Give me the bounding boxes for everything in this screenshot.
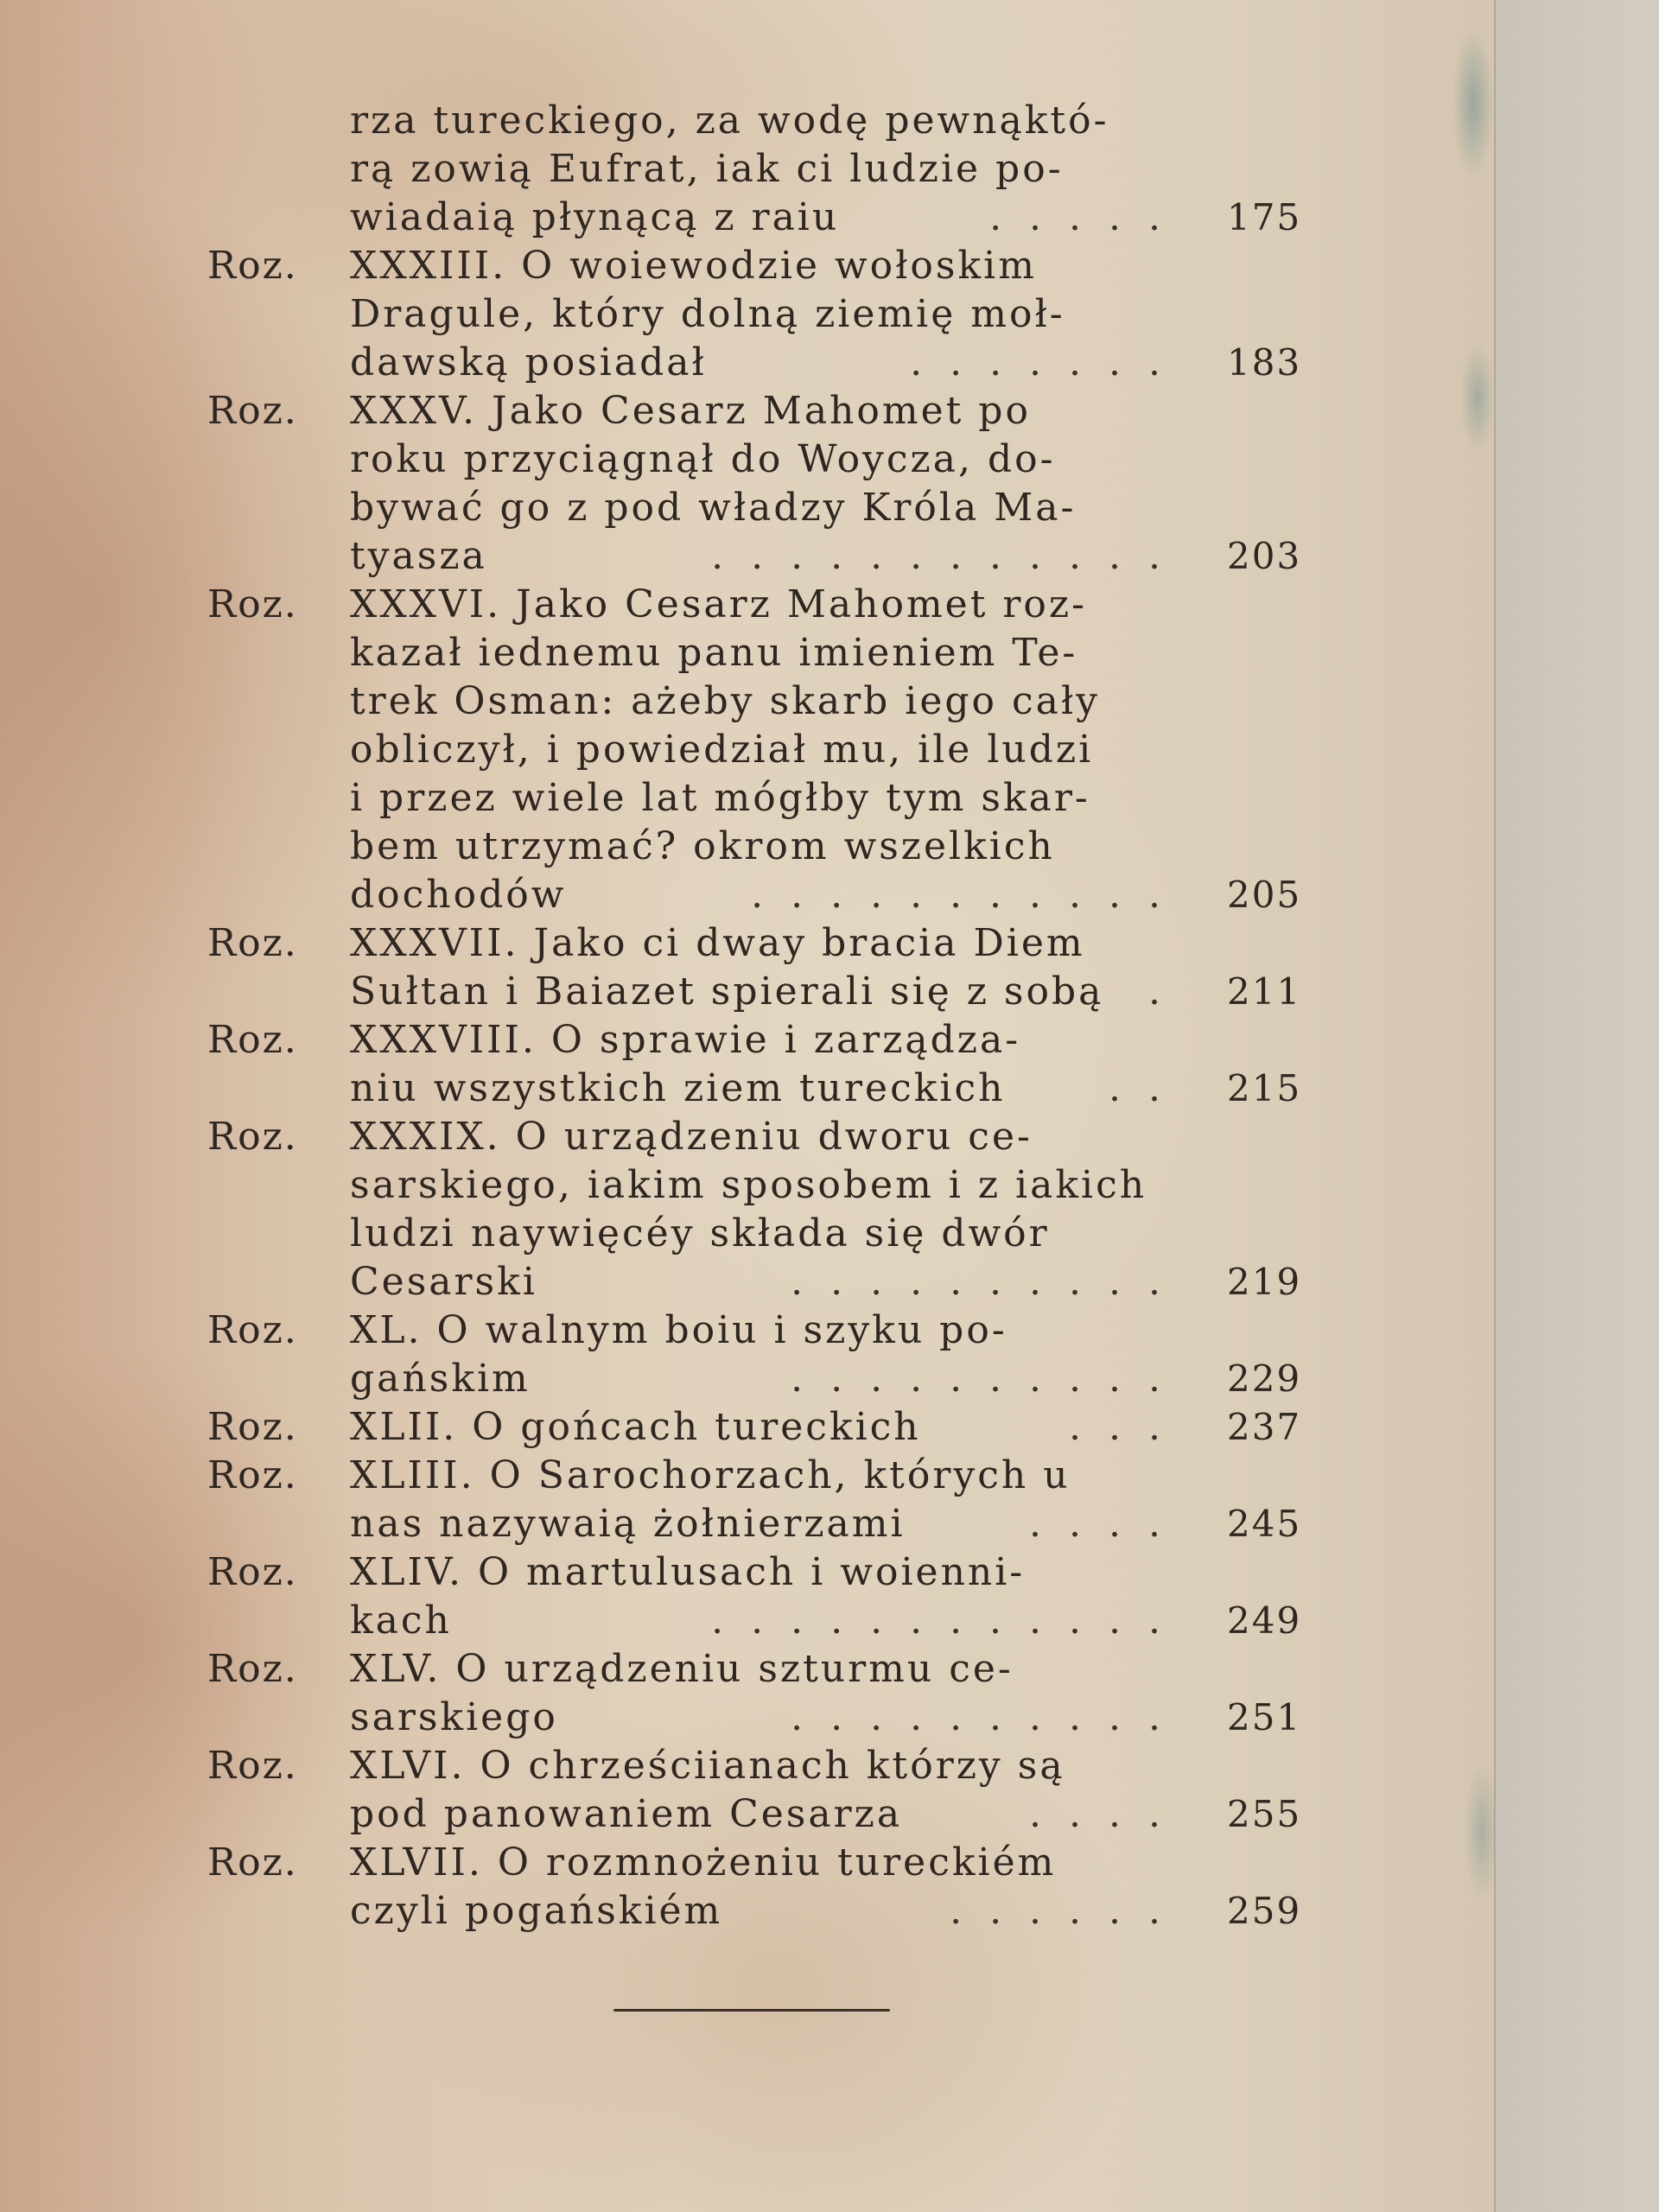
chapter-numeral: XXXVI. [350, 582, 516, 626]
chapter-title-text: O walnym boiu i szyku po- [437, 1308, 1007, 1352]
chapter-numeral: XLIV. [350, 1550, 478, 1594]
table-of-contents: rza tureckiego, za wodę pewnąktó-rą zowi… [173, 97, 1331, 1935]
chapter-title-text: i przez wiele lat mógłby tym skar- [350, 776, 1090, 820]
chapter-title-text: Jako Cesarz Mahomet roz- [516, 582, 1087, 626]
toc-entry-continuation: obliczył, i powiedział mu, ile ludzi [173, 726, 1331, 774]
toc-entry: Roz.XXXIII. O woiewodzie wołoskim [173, 242, 1331, 290]
toc-entry-continuation: i przez wiele lat mógłby tym skar- [173, 774, 1331, 823]
toc-entry: Roz.XXXVIII. O sprawie i zarządza- [173, 1016, 1331, 1065]
chapter-title-text: trek Osman: ażeby skarb iego cały [350, 679, 1100, 723]
chapter-label: Roz. [207, 1548, 350, 1597]
chapter-label: Roz. [207, 1839, 350, 1887]
page-number: 205 [1227, 871, 1301, 919]
toc-entry-continuation: dochodów...........205 [173, 871, 1331, 919]
chapter-title-text: obliczył, i powiedział mu, ile ludzi [350, 728, 1093, 772]
dot-leader: .... [1029, 1500, 1188, 1548]
end-rule [613, 2009, 890, 2012]
toc-entry-continuation: Cesarski..........219 [173, 1258, 1331, 1306]
chapter-label: Roz. [207, 919, 350, 968]
dot-leader: ...... [950, 1887, 1188, 1935]
chapter-title-text: Jako Cesarz Mahomet po [492, 389, 1031, 433]
toc-entry: rza tureckiego, za wodę pewnąktó- [173, 97, 1331, 145]
book-page: rza tureckiego, za wodę pewnąktó-rą zowi… [0, 0, 1495, 2212]
page-number: 245 [1227, 1500, 1301, 1548]
toc-entry-continuation: rą zowią Eufrat, iak ci ludzie po- [173, 145, 1331, 194]
page-number: 203 [1227, 532, 1301, 581]
dot-leader: . [1148, 968, 1188, 1016]
chapter-title-text: O urządzeniu dworu ce- [516, 1115, 1033, 1159]
chapter-title-text: czyli pogańskiém [350, 1889, 722, 1933]
chapter-title-text: Dragule, który dolną ziemię moł- [350, 292, 1065, 336]
chapter-title-text: kach [350, 1599, 452, 1643]
chapter-title-text: gańskim [350, 1357, 531, 1401]
toc-entry-continuation: kazał iednemu panu imieniem Te- [173, 629, 1331, 677]
toc-entry: Roz.XLIV. O martulusach i woiennі- [173, 1548, 1331, 1597]
chapter-title-text: niu wszystkich ziem tureckich [350, 1066, 1005, 1110]
chapter-title-text: O chrześciianach którzy są [480, 1744, 1065, 1788]
chapter-title-text: kazał iednemu panu imieniem Te- [350, 631, 1077, 675]
page-number: 211 [1227, 968, 1301, 1016]
chapter-title-text: bem utrzymać? okrom wszelkich [350, 824, 1055, 868]
toc-entry-continuation: sarskiego..........251 [173, 1694, 1331, 1742]
dot-leader: .......... [791, 1694, 1188, 1742]
chapter-numeral: XXXV. [350, 389, 492, 433]
chapter-label: Roz. [207, 1306, 350, 1355]
chapter-label: Roz. [207, 387, 350, 435]
dot-leader: ... [1069, 1403, 1188, 1452]
dot-leader: ....... [910, 339, 1188, 387]
toc-entry: Roz.XLIII. O Sarochorzach, których u [173, 1452, 1331, 1500]
chapter-numeral: XXXVII. [350, 921, 533, 965]
chapter-label: Roz. [207, 1452, 350, 1500]
chapter-label: Roz. [207, 1016, 350, 1065]
chapter-numeral: XLVII. [350, 1840, 498, 1885]
chapter-title-text: O martulusach i woiennі- [478, 1550, 1025, 1594]
page-number: 183 [1227, 339, 1301, 387]
toc-entry-continuation: trek Osman: ażeby skarb iego cały [173, 677, 1331, 726]
chapter-title-text: rą zowią Eufrat, iak ci ludzie po- [350, 147, 1064, 191]
page-number: 249 [1227, 1597, 1301, 1645]
page-number: 215 [1227, 1065, 1301, 1113]
page-number: 259 [1227, 1887, 1301, 1935]
chapter-label: Roz. [207, 242, 350, 290]
dot-leader: .......... [791, 1258, 1188, 1306]
toc-entry-continuation: Dragule, który dolną ziemię moł- [173, 290, 1331, 339]
toc-entry: Roz.XLV. O urządzeniu szturmu ce- [173, 1645, 1331, 1694]
chapter-title-text: O urządzeniu szturmu ce- [455, 1647, 1013, 1691]
toc-entry-continuation: bem utrzymać? okrom wszelkich [173, 823, 1331, 871]
chapter-title-text: Sułtan i Baiazet spierali się z sobą [350, 969, 1103, 1014]
chapter-label: Roz. [207, 1742, 350, 1790]
page-number: 255 [1227, 1790, 1301, 1839]
dot-leader: .. [1109, 1065, 1188, 1113]
dot-leader: ............ [711, 532, 1188, 581]
toc-entry-continuation: pod panowaniem Cesarza....255 [173, 1790, 1331, 1839]
toc-entry: Roz.XLVII. O rozmnożeniu tureckiém [173, 1839, 1331, 1887]
chapter-title-text: rza tureckiego, za wodę pewnąktó- [350, 99, 1109, 143]
chapter-label: Roz. [207, 581, 350, 629]
page-number: 229 [1227, 1355, 1301, 1403]
chapter-title-text: O sprawie i zarządza- [551, 1018, 1020, 1062]
toc-entry: Roz.XXXV. Jako Cesarz Mahomet po [173, 387, 1331, 435]
chapter-numeral: XL. [350, 1308, 437, 1352]
chapter-title-text: dawską posiadał [350, 340, 707, 385]
water-stain [1434, 0, 1495, 2212]
toc-entry: Roz.XLII. O gońcach tureckich...237 [173, 1403, 1331, 1452]
dot-leader: .......... [791, 1355, 1188, 1403]
chapter-title-text: O rozmnożeniu tureckiém [498, 1840, 1057, 1885]
chapter-title-text: sarskiego, iakim sposobem i z iakich [350, 1163, 1147, 1207]
facing-page [1496, 0, 1659, 2212]
chapter-label: Roz. [207, 1113, 350, 1161]
dot-leader: ............ [711, 1597, 1188, 1645]
toc-entry: Roz.XL. O walnym boiu i szyku po- [173, 1306, 1331, 1355]
chapter-title-text: ludzi naywięcéy składa się dwór [350, 1211, 1050, 1255]
chapter-numeral: XLV. [350, 1647, 455, 1691]
chapter-numeral: XXXIII. [350, 244, 521, 288]
toc-entry-continuation: ludzi naywięcéy składa się dwór [173, 1210, 1331, 1258]
toc-entry: Roz.XLVI. O chrześciianach którzy są [173, 1742, 1331, 1790]
toc-entry-continuation: kach............249 [173, 1597, 1331, 1645]
chapter-title-text: sarskiego [350, 1695, 558, 1739]
chapter-title-text: wiadaią płynącą z raiu [350, 195, 839, 239]
chapter-title-text: tyasza [350, 534, 487, 578]
chapter-title-text: Jako ci dway bracia Diem [533, 921, 1084, 965]
chapter-title-text: nas nazywaią żołnierzami [350, 1502, 906, 1546]
chapter-title-text: dochodów [350, 873, 566, 917]
page-number: 219 [1227, 1258, 1301, 1306]
page-number: 175 [1227, 194, 1301, 242]
dot-leader: ........... [751, 871, 1188, 919]
chapter-title-text: O gońcach tureckich [472, 1405, 920, 1449]
toc-entry-continuation: gańskim..........229 [173, 1355, 1331, 1403]
chapter-numeral: XLVI. [350, 1744, 480, 1788]
toc-entry: Roz.XXXVI. Jako Cesarz Mahomet roz- [173, 581, 1331, 629]
dot-leader: ..... [989, 194, 1188, 242]
chapter-title-text: pod panowaniem Cesarza [350, 1792, 902, 1836]
toc-entry-continuation: nas nazywaią żołnierzami....245 [173, 1500, 1331, 1548]
chapter-title-text: roku przyciągnął do Woycza, do- [350, 437, 1055, 481]
chapter-label: Roz. [207, 1645, 350, 1694]
chapter-numeral: XLII. [350, 1405, 472, 1449]
toc-entry: Roz.XXXVII. Jako ci dway bracia Diem [173, 919, 1331, 968]
chapter-label: Roz. [207, 1403, 350, 1452]
chapter-title-text: bywać go z pod władzy Króla Ma- [350, 486, 1076, 530]
chapter-numeral: XXXVIII. [350, 1018, 551, 1062]
toc-entry-continuation: Sułtan i Baiazet spierali się z sobą.211 [173, 968, 1331, 1016]
page-number: 237 [1227, 1403, 1301, 1452]
toc-entry-continuation: wiadaią płynącą z raiu.....175 [173, 194, 1331, 242]
chapter-title-text: Cesarski [350, 1260, 537, 1304]
toc-entry-continuation: bywać go z pod władzy Króla Ma- [173, 484, 1331, 532]
toc-entry-continuation: tyasza............203 [173, 532, 1331, 581]
dot-leader: .... [1029, 1790, 1188, 1839]
toc-entry: Roz.XXXIX. O urządzeniu dworu ce- [173, 1113, 1331, 1161]
page-number: 251 [1227, 1694, 1301, 1742]
toc-entry-continuation: sarskiego, iakim sposobem i z iakich [173, 1161, 1331, 1210]
toc-entry-continuation: niu wszystkich ziem tureckich..215 [173, 1065, 1331, 1113]
chapter-numeral: XLIII. [350, 1453, 490, 1497]
toc-entry-continuation: czyli pogańskiém......259 [173, 1887, 1331, 1935]
chapter-numeral: XXXIX. [350, 1115, 516, 1159]
toc-entry-continuation: dawską posiadał.......183 [173, 339, 1331, 387]
chapter-title-text: O Sarochorzach, których u [490, 1453, 1071, 1497]
chapter-title-text: O woiewodzie wołoskim [521, 244, 1037, 288]
toc-entry-continuation: roku przyciągnął do Woycza, do- [173, 435, 1331, 484]
